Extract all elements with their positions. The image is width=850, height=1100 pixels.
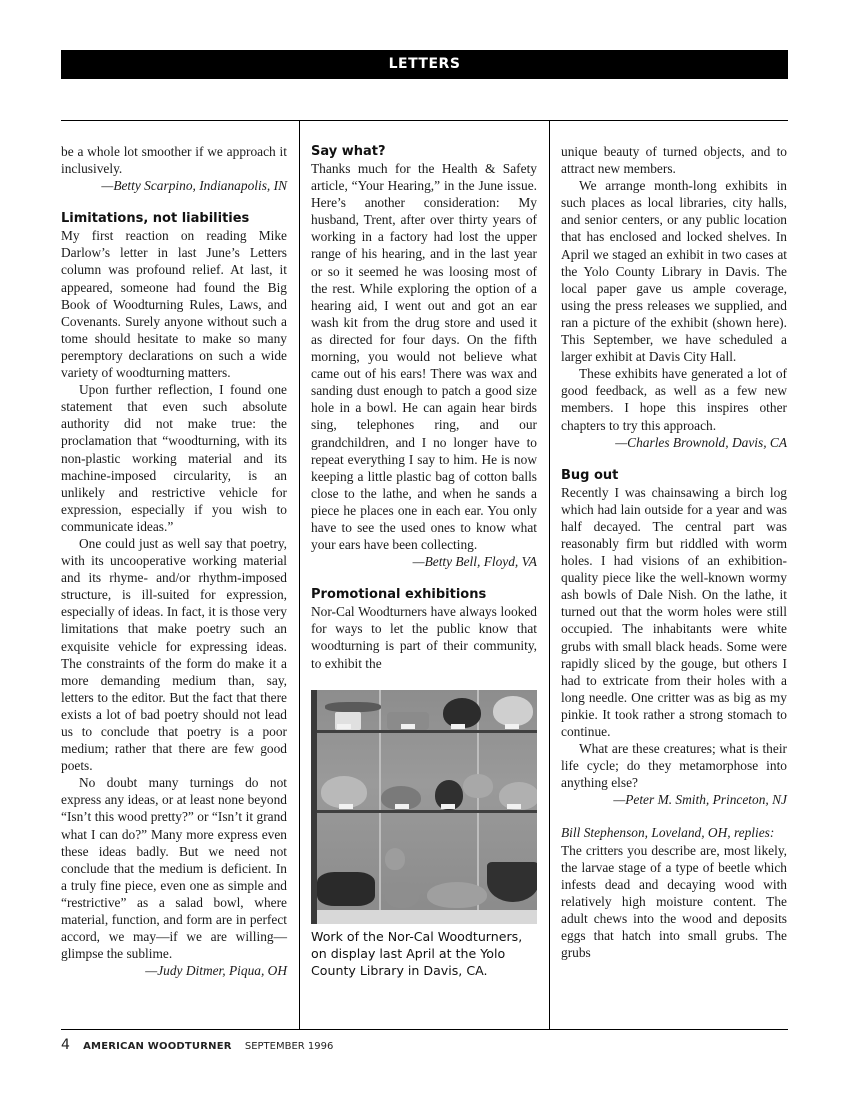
reply-text: The critters you describe are, most like… (561, 842, 787, 962)
label-card (401, 724, 415, 729)
continuation-text: unique beauty of turned objects, and to … (561, 143, 787, 177)
goblet (385, 848, 405, 870)
label-card (339, 804, 353, 809)
bowl (493, 696, 533, 726)
label-card (337, 724, 351, 729)
photo-caption: Work of the Nor-Cal Woodturners, on disp… (311, 928, 537, 979)
glass-shelf (317, 730, 537, 733)
letter-signature: —Peter M. Smith, Princeton, NJ (561, 791, 787, 808)
fluted-bowl (487, 862, 537, 902)
letter-signature: —Charles Brownold, Davis, CA (561, 434, 787, 451)
continuation-text: be a whole lot smoother if we approach i… (61, 143, 287, 177)
letter-paragraph: One could just as well say that poetry, … (61, 535, 287, 774)
top-rule (61, 120, 788, 121)
bowl (385, 882, 419, 908)
issue-date: SEPTEMBER 1996 (245, 1041, 334, 1052)
letter-signature: —Betty Bell, Floyd, VA (311, 553, 537, 570)
display-base (317, 910, 537, 924)
section-header: LETTERS (61, 50, 788, 79)
column-right: unique beauty of turned objects, and to … (561, 143, 787, 961)
section-title: LETTERS (389, 56, 461, 72)
letter-paragraph: No doubt many turnings do not express an… (61, 774, 287, 962)
bottom-rule (61, 1029, 788, 1030)
label-card (395, 804, 409, 809)
exhibit-photo (311, 690, 537, 924)
label-card (505, 724, 519, 729)
column-divider (299, 120, 300, 1029)
letter-paragraph: Thanks much for the Health & Safety arti… (311, 160, 537, 553)
natural-edge-bowl (463, 774, 493, 798)
letter-heading: Say what? (311, 143, 537, 160)
reply-lead: Bill Stephenson, Loveland, OH, replies: (561, 824, 787, 841)
label-card (507, 804, 521, 809)
letter-heading: Promotional exhibitions (311, 586, 537, 603)
letter-paragraph: We arrange month-long exhibits in such p… (561, 177, 787, 365)
column-divider (549, 120, 550, 1029)
label-card (441, 804, 455, 809)
letter-paragraph: Upon further reflection, I found one sta… (61, 381, 287, 535)
letter-heading: Bug out (561, 467, 787, 484)
wide-bowl (427, 882, 487, 908)
turned-platter (325, 702, 381, 712)
letter-paragraph: My first reaction on reading Mike Darlow… (61, 227, 287, 381)
column-middle: Say what? Thanks much for the Health & S… (311, 143, 537, 979)
page-number: 4 (61, 1037, 70, 1053)
letter-heading: Limitations, not liabilities (61, 210, 287, 227)
column-left: be a whole lot smoother if we approach i… (61, 143, 287, 979)
letter-paragraph: These exhibits have generated a lot of g… (561, 365, 787, 433)
magazine-title: AMERICAN WOODTURNER (83, 1041, 232, 1052)
letter-signature: —Judy Ditmer, Piqua, OH (61, 962, 287, 979)
label-card (451, 724, 465, 729)
letter-signature: —Betty Scarpino, Indianapolis, IN (61, 177, 287, 194)
burl-bowl (317, 872, 375, 906)
glass-shelf (317, 810, 537, 813)
letter-paragraph: What are these creatures; what is their … (561, 740, 787, 791)
page-footer: 4 AMERICAN WOODTURNER SEPTEMBER 1996 (61, 1037, 333, 1053)
shelf-post (379, 690, 381, 924)
letter-paragraph: Nor-Cal Woodturners have always looked f… (311, 603, 537, 671)
letter-paragraph: Recently I was chainsawing a birch log w… (561, 484, 787, 740)
